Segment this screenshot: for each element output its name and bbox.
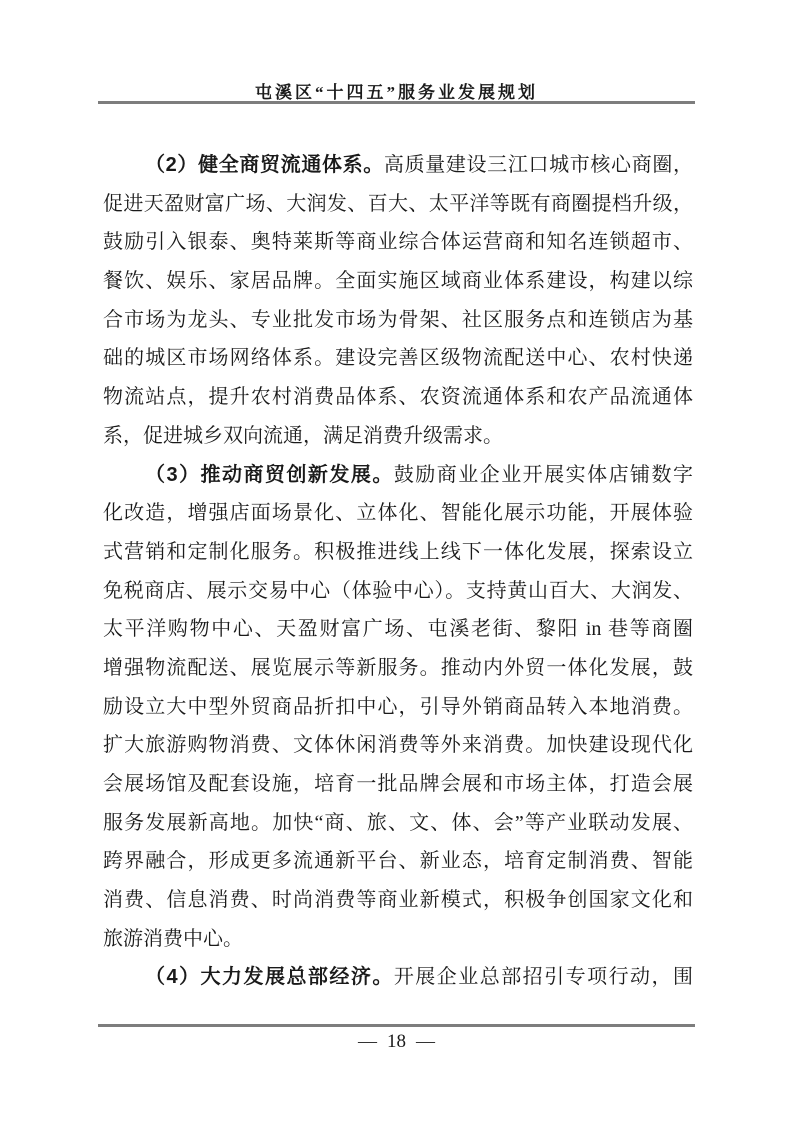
paragraph-line: 消费、信息消费、时尚消费等商业新模式，积极争创国家文化和 — [103, 881, 693, 920]
paragraph-line: 旅游消费中心。 — [103, 920, 693, 959]
paragraph-line: 化改造，增强店面场景化、立体化、智能化展示功能，开展体验 — [103, 494, 693, 533]
paragraph-line: 物流站点，提升农村消费品体系、农资流通体系和农产品流通体 — [103, 378, 693, 417]
paragraph-heading: （4）大力发展总部经济。 — [145, 966, 394, 988]
paragraph-line: 系，促进城乡双向流通，满足消费升级需求。 — [103, 417, 693, 456]
paragraph-first-line: （2）健全商贸流通体系。高质量建设三江口城市核心商圈， — [103, 146, 693, 185]
paragraph-line: 式营销和定制化服务。积极推进线上线下一体化发展，探索设立 — [103, 533, 693, 572]
paragraph-line: 太平洋购物中心、天盈财富广场、屯溪老街、黎阳 in 巷等商圈 — [103, 610, 693, 649]
paragraph-text: 高质量建设三江口城市核心商圈， — [384, 154, 693, 176]
paragraph-line: 餐饮、娱乐、家居品牌。全面实施区域商业体系建设，构建以综 — [103, 262, 693, 301]
header-rule — [98, 101, 695, 104]
paragraph-first-line: （4）大力发展总部经济。开展企业总部招引专项行动，围 — [103, 958, 693, 997]
paragraph-line: 促进天盈财富广场、大润发、百大、太平洋等既有商圈提档升级， — [103, 185, 693, 224]
paragraph-line: 免税商店、展示交易中心（体验中心）。支持黄山百大、大润发、 — [103, 572, 693, 611]
paragraph-line: 合市场为龙头、专业批发市场为骨架、社区服务点和连锁店为基 — [103, 301, 693, 340]
page-number-dash-right: — — [406, 1031, 445, 1052]
paragraph-heading: （2）健全商贸流通体系。 — [145, 154, 384, 176]
paragraph-first-line: （3）推动商贸创新发展。鼓励商业企业开展实体店铺数字 — [103, 456, 693, 495]
paragraph-line: 跨界融合，形成更多流通新平台、新业态，培育定制消费、智能 — [103, 842, 693, 881]
header-title: 屯溪区“十四五”服务业发展规划 — [0, 78, 793, 103]
paragraph-line: 增强物流配送、展览展示等新服务。推动内外贸一体化发展，鼓 — [103, 649, 693, 688]
footer-rule — [98, 1024, 695, 1027]
paragraph-line: 鼓励引入银泰、奥特莱斯等商业综合体运营商和知名连锁超市、 — [103, 223, 693, 262]
page-number: 18 — [387, 1031, 406, 1052]
paragraph-line: 础的城区市场网络体系。建设完善区级物流配送中心、农村快递 — [103, 339, 693, 378]
paragraph-line: 会展场馆及配套设施，培育一批品牌会展和市场主体，打造会展 — [103, 765, 693, 804]
page-number-dash-left: — — [348, 1031, 387, 1052]
paragraph-text: 鼓励商业企业开展实体店铺数字 — [394, 464, 693, 486]
document-page: 屯溪区“十四五”服务业发展规划 （2）健全商贸流通体系。高质量建设三江口城市核心… — [0, 0, 793, 1122]
page-number-row: —18— — [0, 1031, 793, 1053]
paragraph-line: 服务发展新高地。加快“商、旅、文、体、会”等产业联动发展、 — [103, 804, 693, 843]
paragraph-line: 扩大旅游购物消费、文体休闲消费等外来消费。加快建设现代化 — [103, 726, 693, 765]
paragraph-text: 开展企业总部招引专项行动，围 — [394, 966, 693, 988]
paragraph-line: 励设立大中型外贸商品折扣中心，引导外销商品转入本地消费。 — [103, 688, 693, 727]
document-body: （2）健全商贸流通体系。高质量建设三江口城市核心商圈， 促进天盈财富广场、大润发… — [103, 146, 693, 997]
paragraph-heading: （3）推动商贸创新发展。 — [145, 464, 394, 486]
